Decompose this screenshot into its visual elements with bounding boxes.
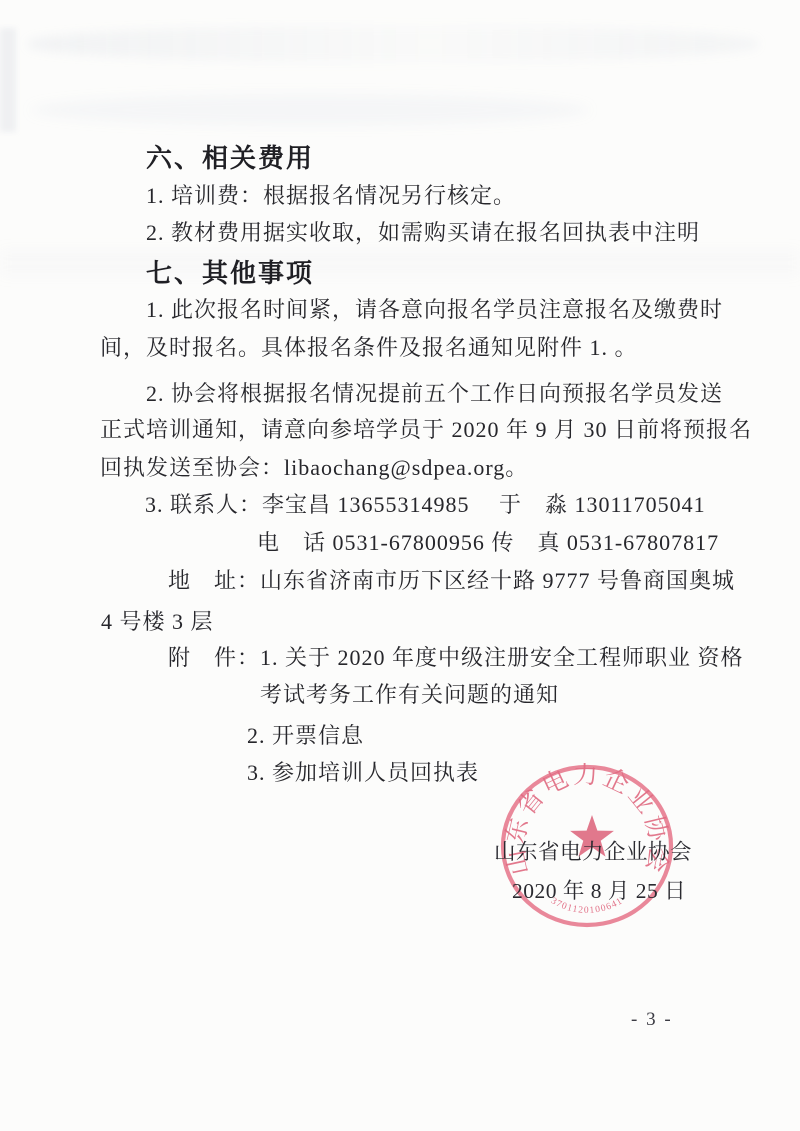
doc-line: 2. 协会将根据报名情况提前五个工作日向预报名学员发送 <box>146 381 723 407</box>
signature-date: 2020 年 8 月 25 日 <box>512 874 686 905</box>
doc-line-address: 地 址：山东省济南市历下区经十路 9777 号鲁商国奥城 <box>168 568 735 594</box>
doc-line: 1. 培训费：根据报名情况另行核定。 <box>146 183 516 209</box>
scan-smudge <box>28 26 758 62</box>
doc-line-address2: 4 号楼 3 层 <box>101 609 214 635</box>
doc-line: 1. 此次报名时间紧，请各意向报名学员注意报名及缴费时 <box>146 297 723 323</box>
doc-line-phone-fax: 电 话 0531-67800956 传 真 0531-67807817 <box>257 530 719 556</box>
doc-line-attachment1: 附 件：1. 关于 2020 年度中级注册安全工程师职业 资格 <box>168 645 744 671</box>
section-heading-other: 七、其他事项 <box>146 259 314 290</box>
doc-line-attachment3: 3. 参加培训人员回执表 <box>247 760 479 786</box>
doc-line-contacts: 3. 联系人：李宝昌 13655314985 于 淼 13011705041 <box>145 492 706 518</box>
scan-smudge <box>0 28 16 132</box>
scan-smudge <box>30 94 590 126</box>
doc-line-email: 回执发送至协会：libaochang@sdpea.org。 <box>100 455 528 481</box>
signature-org: 山东省电力企业协会 <box>494 835 692 866</box>
doc-line: 正式培训通知，请意向参培学员于 2020 年 9 月 30 日前将预报名 <box>100 417 752 443</box>
scanned-document-page: 山东省电力企业协会 3701120100641 六、相关费用 1. 培训费：根据… <box>0 0 800 1131</box>
doc-line: 间，及时报名。具体报名条件及报名通知见附件 1. 。 <box>100 335 638 361</box>
doc-line-attachment1b: 考试考务工作有关问题的通知 <box>260 682 559 708</box>
section-heading-fees: 六、相关费用 <box>146 144 314 175</box>
scan-smudge <box>0 250 800 276</box>
doc-line: 2. 教材费用据实收取，如需购买请在报名回执表中注明 <box>146 220 700 246</box>
page-number: - 3 - <box>631 1009 673 1031</box>
doc-line-attachment2: 2. 开票信息 <box>247 723 364 749</box>
